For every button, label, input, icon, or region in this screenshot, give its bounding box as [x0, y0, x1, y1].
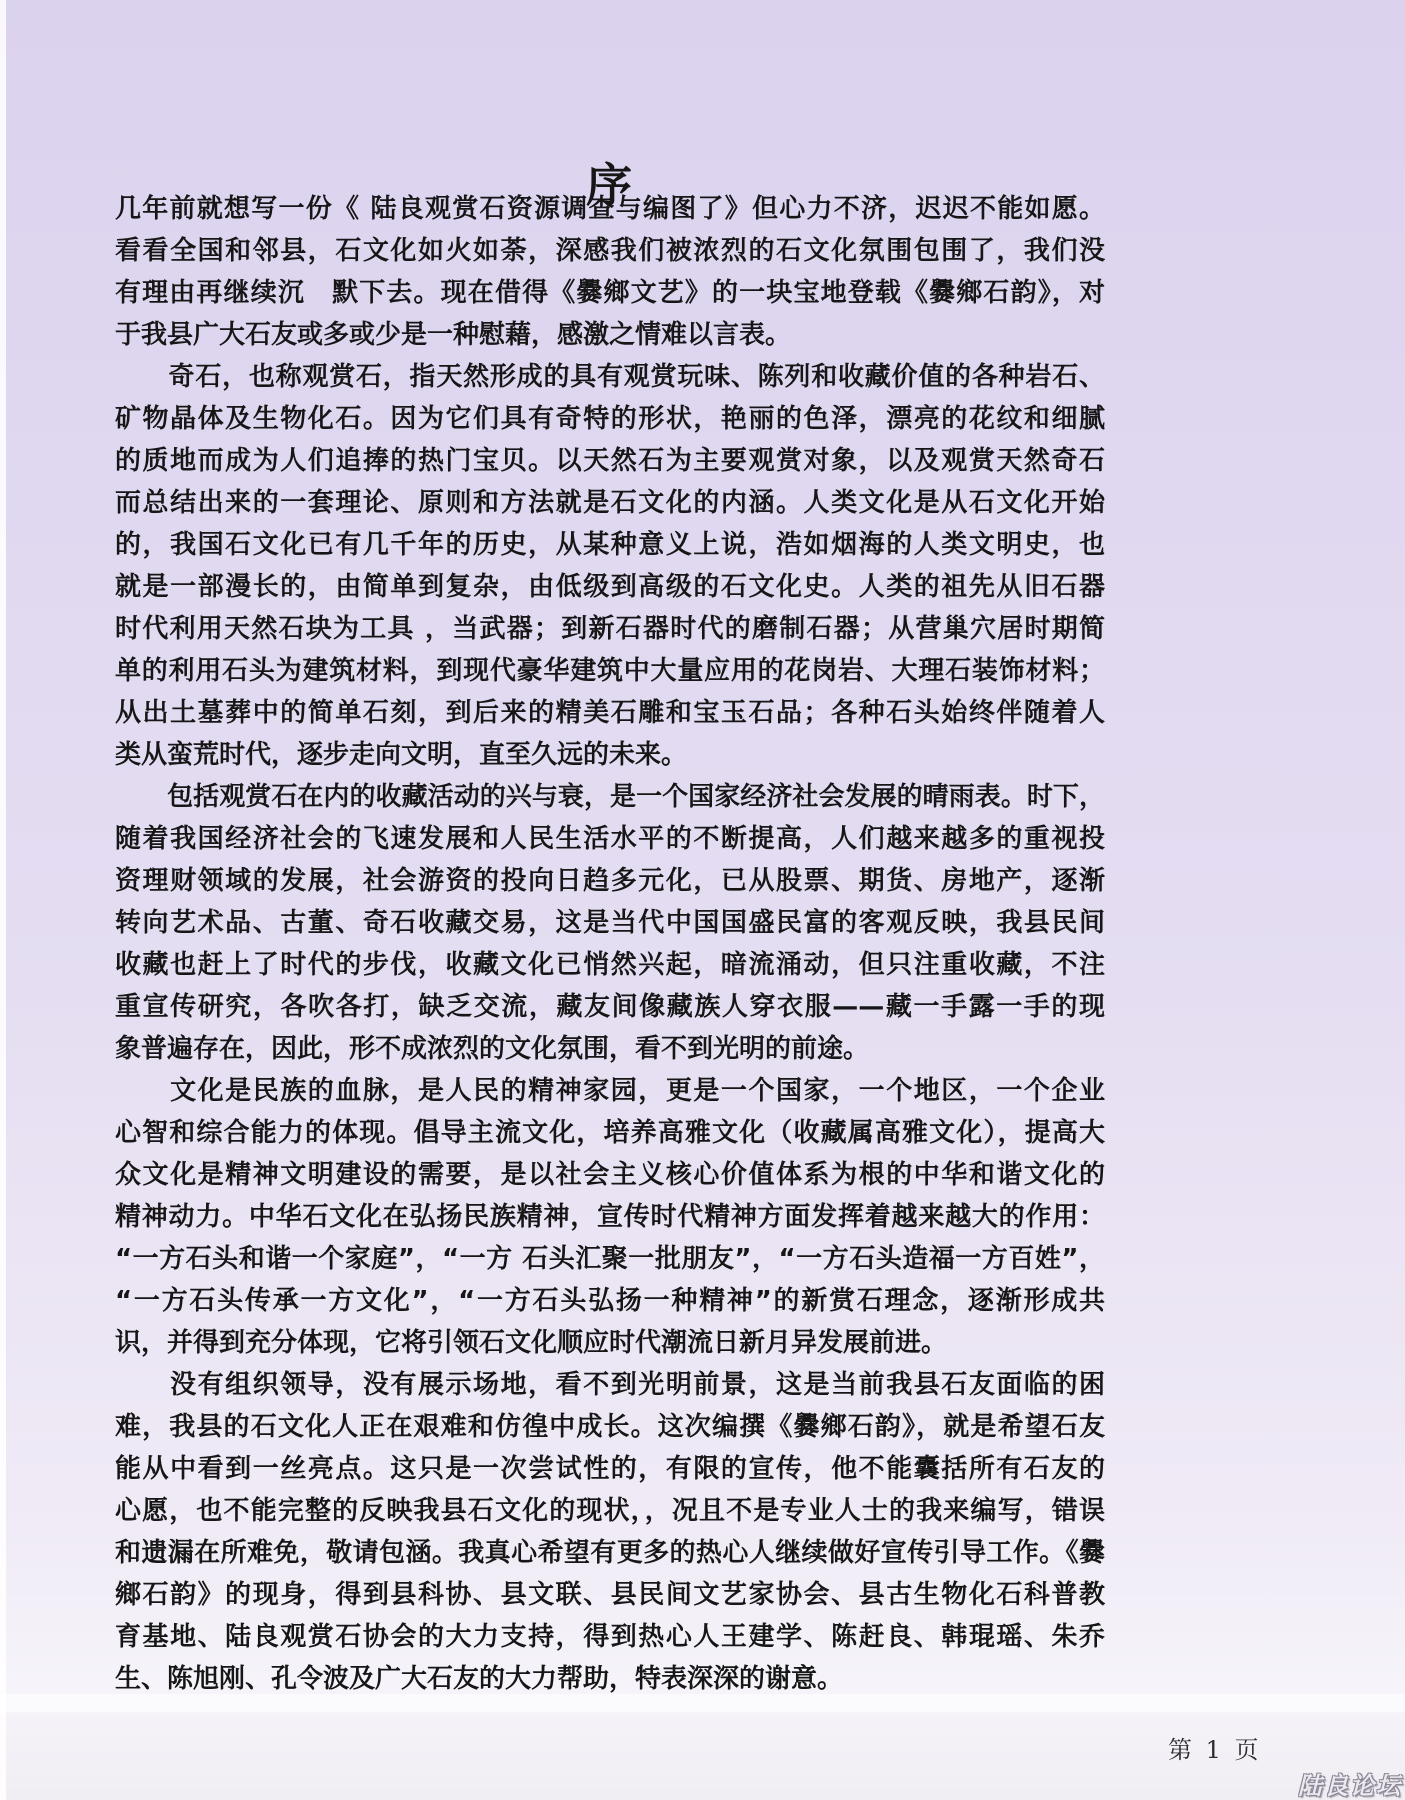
scanned-document-page: 序 几年前就想写一份《 陆良观赏石资源调查与编图了》但心力不济，迟迟不能如愿。看…	[0, 0, 1405, 1800]
text-line: 没有组织领导，没有展示场地，看不到光明前景，这是当前我县石友面临的困	[115, 1364, 1105, 1406]
text-line: 从出土墓葬中的简单石刻，到后来的精美石雕和宝玉石品；各种石头始终伴随着人	[115, 692, 1105, 734]
text-line: 于我县广大石友或多或少是一种慰藉，感激之情难以言表。	[115, 314, 1105, 356]
text-line: 心智和综合能力的体现。倡导主流文化，培养高雅文化（收藏属高雅文化），提高大	[115, 1112, 1105, 1154]
document-body: 几年前就想写一份《 陆良观赏石资源调查与编图了》但心力不济，迟迟不能如愿。看看全…	[115, 188, 1105, 1700]
paragraph: 没有组织领导，没有展示场地，看不到光明前景，这是当前我县石友面临的困难，我县的石…	[115, 1364, 1105, 1700]
text-line: 有理由再继续沉 默下去。现在借得《爨鄉文艺》的一块宝地登载《爨鄉石韵》，对	[115, 272, 1105, 314]
text-line: 众文化是精神文明建设的需要，是以社会主义核心价值体系为根的中华和谐文化的	[115, 1154, 1105, 1196]
text-line: 重宣传研究，各吹各打，缺乏交流，藏友间像藏族人穿衣服——藏一手露一手的现	[115, 986, 1105, 1028]
text-line: 识，并得到充分体现，它将引领石文化顺应时代潮流日新月异发展前进。	[115, 1322, 1105, 1364]
text-line: 随着我国经济社会的飞速发展和人民生活水平的不断提高，人们越来越多的重视投	[115, 818, 1105, 860]
text-line: 时代利用天然石块为工具 ，当武器；到新石器时代的磨制石器；从营巢穴居时期简	[115, 608, 1105, 650]
text-line: 就是一部漫长的，由简单到复杂，由低级到高级的石文化史。人类的祖先从旧石器	[115, 566, 1105, 608]
text-line: 的质地而成为人们追捧的热门宝贝。以天然石为主要观赏对象，以及观赏天然奇石	[115, 440, 1105, 482]
page-number: 第 1 页	[1168, 1730, 1262, 1765]
text-line: 矿物晶体及生物化石。因为它们具有奇特的形状，艳丽的色泽，漂亮的花纹和细腻	[115, 398, 1105, 440]
text-line: 收藏也赶上了时代的步伐，收藏文化已悄然兴起，暗流涌动，但只注重收藏，不注	[115, 944, 1105, 986]
paragraph: 奇石，也称观赏石，指天然形成的具有观赏玩味、陈列和收藏价值的各种岩石、矿物晶体及…	[115, 356, 1105, 776]
text-line: 文化是民族的血脉，是人民的精神家园，更是一个国家，一个地区，一个企业	[115, 1070, 1105, 1112]
text-line: 几年前就想写一份《 陆良观赏石资源调查与编图了》但心力不济，迟迟不能如愿。	[115, 188, 1105, 230]
paragraph: 文化是民族的血脉，是人民的精神家园，更是一个国家，一个地区，一个企业心智和综合能…	[115, 1070, 1105, 1364]
text-line: 难，我县的石文化人正在艰难和仿徨中成长。这次编撰《爨鄉石韵》，就是希望石友	[115, 1406, 1105, 1448]
text-line: 单的利用石头为建筑材料，到现代豪华建筑中大量应用的花岗岩、大理石装饰材料；	[115, 650, 1105, 692]
text-line: “一方石头传承一方文化”，“一方石头弘扬一种精神”的新赏石理念，逐渐形成共	[115, 1280, 1105, 1322]
text-line: 能从中看到一丝亮点。这只是一次尝试性的，有限的宣传，他不能囊括所有石友的	[115, 1448, 1105, 1490]
paragraph: 几年前就想写一份《 陆良观赏石资源调查与编图了》但心力不济，迟迟不能如愿。看看全…	[115, 188, 1105, 356]
text-line: 包括观赏石在内的收藏活动的兴与衰，是一个国家经济社会发展的晴雨表。时下，	[115, 776, 1105, 818]
text-line: 资理财领域的发展，社会游资的投向日趋多元化，已从股票、期货、房地产，逐渐	[115, 860, 1105, 902]
text-line: 类从蛮荒时代，逐步走向文明，直至久远的未来。	[115, 734, 1105, 776]
forum-watermark: 陆良论坛	[1298, 1766, 1402, 1800]
text-line: 育基地、陆良观赏石协会的大力支持，得到热心人王建学、陈赶良、韩琨瑶、朱乔	[115, 1616, 1105, 1658]
scan-edge	[0, 0, 6, 1800]
text-line: 鄉石韵》的现身，得到县科协、县文联、县民间文艺家协会、县古生物化石科普教	[115, 1574, 1105, 1616]
text-line: 的，我国石文化已有几千年的历史，从某种意义上说，浩如烟海的人类文明史，也	[115, 524, 1105, 566]
text-line: 奇石，也称观赏石，指天然形成的具有观赏玩味、陈列和收藏价值的各种岩石、	[115, 356, 1105, 398]
text-line: “一方石头和谐一个家庭”，“一方 石头汇聚一批朋友”，“一方石头造福一方百姓”，	[115, 1238, 1105, 1280]
scan-seam	[0, 1694, 1405, 1712]
text-line: 而总结出来的一套理论、原则和方法就是石文化的内涵。人类文化是从石文化开始	[115, 482, 1105, 524]
text-line: 看看全国和邻县，石文化如火如荼，深感我们被浓烈的石文化氛围包围了，我们没	[115, 230, 1105, 272]
text-line: 转向艺术品、古董、奇石收藏交易，这是当代中国国盛民富的客观反映，我县民间	[115, 902, 1105, 944]
text-line: 精神动力。中华石文化在弘扬民族精神，宣传时代精神方面发挥着越来越大的作用：	[115, 1196, 1105, 1238]
text-line: 象普遍存在，因此，形不成浓烈的文化氛围，看不到光明的前途。	[115, 1028, 1105, 1070]
text-line: 和遗漏在所难免，敬请包涵。我真心希望有更多的热心人继续做好宣传引导工作。《爨	[115, 1532, 1105, 1574]
text-line: 心愿，也不能完整的反映我县石文化的现状，，况且不是专业人士的我来编写，错误	[115, 1490, 1105, 1532]
paragraph: 包括观赏石在内的收藏活动的兴与衰，是一个国家经济社会发展的晴雨表。时下，随着我国…	[115, 776, 1105, 1070]
